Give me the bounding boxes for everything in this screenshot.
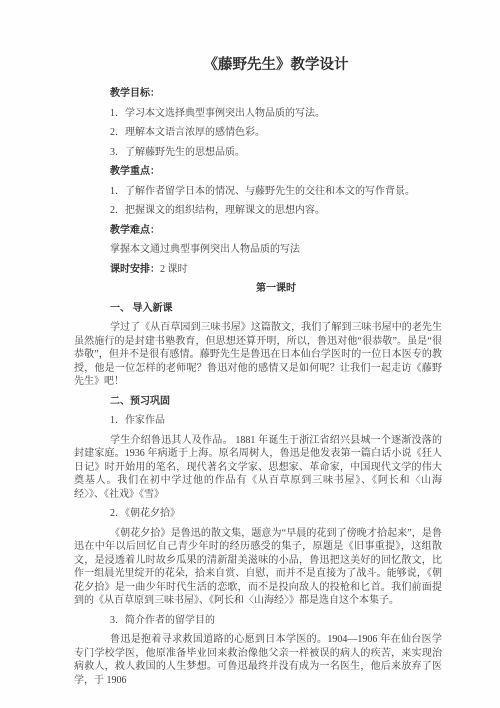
document-title: 《藤野先生》教学设计 [74,57,442,74]
document-page: 《藤野先生》教学设计 教学目标： 1．学习本文选择典型事例突出人物品质的写法。 … [0,0,500,708]
teaching-focus-heading: 教学重点： [74,165,442,179]
class-schedule-label: 课时安排： [110,264,160,275]
teaching-goal-item-2: 2．理解本文语言浓厚的感情色彩。 [74,126,442,140]
section-one-paragraph: 学过了《从百草园到三味书屋》这篇散文，我们了解到三味书屋中的老先生虽然施行的是封… [74,321,442,389]
subsection-author-works-paragraph: 学生介绍鲁迅其人及作品。 1881 年诞生于浙江省绍兴县城一个逐渐没落的封建家庭… [74,434,442,502]
subsection-study-purpose-paragraph: 鲁迅是抱着寻求救国道路的心愿到日本学医的。1904—1906 年在仙台医学专门学… [74,633,442,687]
subsection-author-works-heading: 1．作家作品 [74,414,442,428]
subsection-study-purpose-heading: 3．简介作者的留学目的 [74,614,442,628]
class-schedule-line: 课时安排：2 课时 [74,263,442,277]
teaching-goal-item-3: 3．了解藤野先生的思想品质。 [74,146,442,160]
teaching-difficulty-heading: 教学难点： [74,224,442,238]
lesson-one-heading: 第一课时 [74,282,442,296]
class-schedule-value: 2 课时 [160,264,188,275]
section-two-heading: 二、预习巩固 [74,395,442,409]
teaching-difficulty-text: 掌握本文通过典型事例突出人物品质的写法 [74,243,442,257]
document-content: 《藤野先生》教学设计 教学目标： 1．学习本文选择典型事例突出人物品质的写法。 … [0,0,500,687]
teaching-focus-item-1: 1．了解作者留学日本的情况、与藤野先生的交往和本文的写作背景。 [74,185,442,199]
subsection-zhaohuaxishi-heading: 2．《朝花夕拾》 [74,507,442,521]
teaching-goal-item-1: 1．学习本文选择典型事例突出人物品质的写法。 [74,107,442,121]
subsection-zhaohuaxishi-paragraph: 《朝花夕拾》是鲁迅的散文集，题意为“早晨的花到了傍晚才拾起来”，是鲁迅在中年以后… [74,527,442,608]
teaching-goals-heading: 教学目标： [74,87,442,101]
section-one-heading: 一、 导入新课 [74,302,442,316]
teaching-focus-item-2: 2．把握课文的组织结构，理解课文的思想内容。 [74,204,442,218]
